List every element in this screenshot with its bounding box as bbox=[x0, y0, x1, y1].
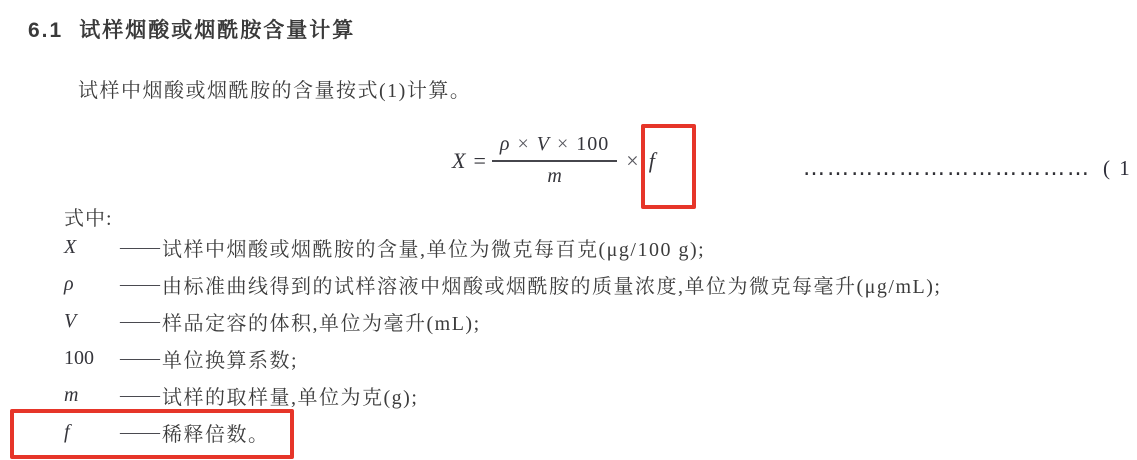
definition-row: f——稀释倍数。 bbox=[64, 414, 1114, 451]
definition-text: 试样的取样量,单位为克(g); bbox=[162, 381, 418, 410]
definition-row: m——试样的取样量,单位为克(g); bbox=[64, 377, 1114, 414]
intro-paragraph: 试样中烟酸或烟酰胺的含量按式(1)计算。 bbox=[78, 74, 471, 103]
equals-sign: = bbox=[473, 148, 485, 174]
section-title: 试样烟酸或烟酰胺含量计算 bbox=[79, 19, 355, 42]
constant-100: 100 bbox=[576, 133, 609, 155]
definition-text: 稀释倍数。 bbox=[162, 418, 270, 447]
definition-dash: —— bbox=[120, 421, 160, 444]
symbol-rho: ρ bbox=[500, 133, 511, 155]
definition-row: ρ——由标准曲线得到的试样溶液中烟酸或烟酰胺的质量浓度,单位为微克每毫升(μg/… bbox=[64, 266, 1114, 303]
equation-leader: ……………………………… ( 1 ) bbox=[803, 156, 1137, 181]
document-page: 6.1试样烟酸或烟酰胺含量计算 试样中烟酸或烟酰胺的含量按式(1)计算。 X =… bbox=[0, 0, 1137, 460]
definition-symbol: ρ bbox=[64, 273, 120, 296]
definition-symbol: X bbox=[64, 236, 120, 259]
equation-1: X = ρ×V×100 m ×f bbox=[452, 133, 655, 188]
where-label: 式中: bbox=[64, 202, 113, 231]
definition-text: 样品定容的体积,单位为毫升(mL); bbox=[162, 307, 481, 336]
formula-denominator: m bbox=[492, 160, 617, 188]
symbol-f: f bbox=[649, 148, 655, 173]
definition-symbol: m bbox=[64, 384, 120, 407]
definition-dash: —— bbox=[120, 384, 160, 407]
symbol-m: m bbox=[547, 165, 561, 187]
definition-text: 单位换算系数; bbox=[162, 344, 298, 373]
definition-row: 100——单位换算系数; bbox=[64, 340, 1114, 377]
times-operator-icon: × bbox=[557, 133, 569, 155]
definition-dash: —— bbox=[120, 310, 160, 333]
definition-list: X——试样中烟酸或烟酰胺的含量,单位为微克每百克(μg/100 g);ρ——由标… bbox=[64, 229, 1114, 451]
equation-number: ( 1 ) bbox=[1103, 156, 1137, 181]
definition-row: X——试样中烟酸或烟酰胺的含量,单位为微克每百克(μg/100 g); bbox=[64, 229, 1114, 266]
definition-dash: —— bbox=[120, 347, 160, 370]
symbol-x: X bbox=[452, 148, 465, 174]
dilution-factor-term: ×f bbox=[626, 148, 655, 174]
formula-fraction: ρ×V×100 m bbox=[492, 133, 617, 188]
formula-numerator: ρ×V×100 bbox=[492, 133, 617, 160]
definition-symbol: f bbox=[64, 421, 120, 444]
symbol-v: V bbox=[537, 133, 550, 155]
definition-dash: —— bbox=[120, 236, 160, 259]
definition-row: V——样品定容的体积,单位为毫升(mL); bbox=[64, 303, 1114, 340]
leader-dots: ……………………………… bbox=[803, 156, 1091, 181]
definition-text: 试样中烟酸或烟酰胺的含量,单位为微克每百克(μg/100 g); bbox=[162, 233, 705, 262]
definition-symbol: 100 bbox=[64, 347, 120, 370]
definition-symbol: V bbox=[64, 310, 120, 333]
times-operator-icon: × bbox=[626, 148, 638, 173]
definition-text: 由标准曲线得到的试样溶液中烟酸或烟酰胺的质量浓度,单位为微克每毫升(μg/mL)… bbox=[162, 270, 941, 299]
section-heading: 6.1试样烟酸或烟酰胺含量计算 bbox=[28, 14, 355, 44]
times-operator-icon: × bbox=[517, 133, 529, 155]
definition-dash: —— bbox=[120, 273, 160, 296]
section-number: 6.1 bbox=[28, 19, 63, 42]
